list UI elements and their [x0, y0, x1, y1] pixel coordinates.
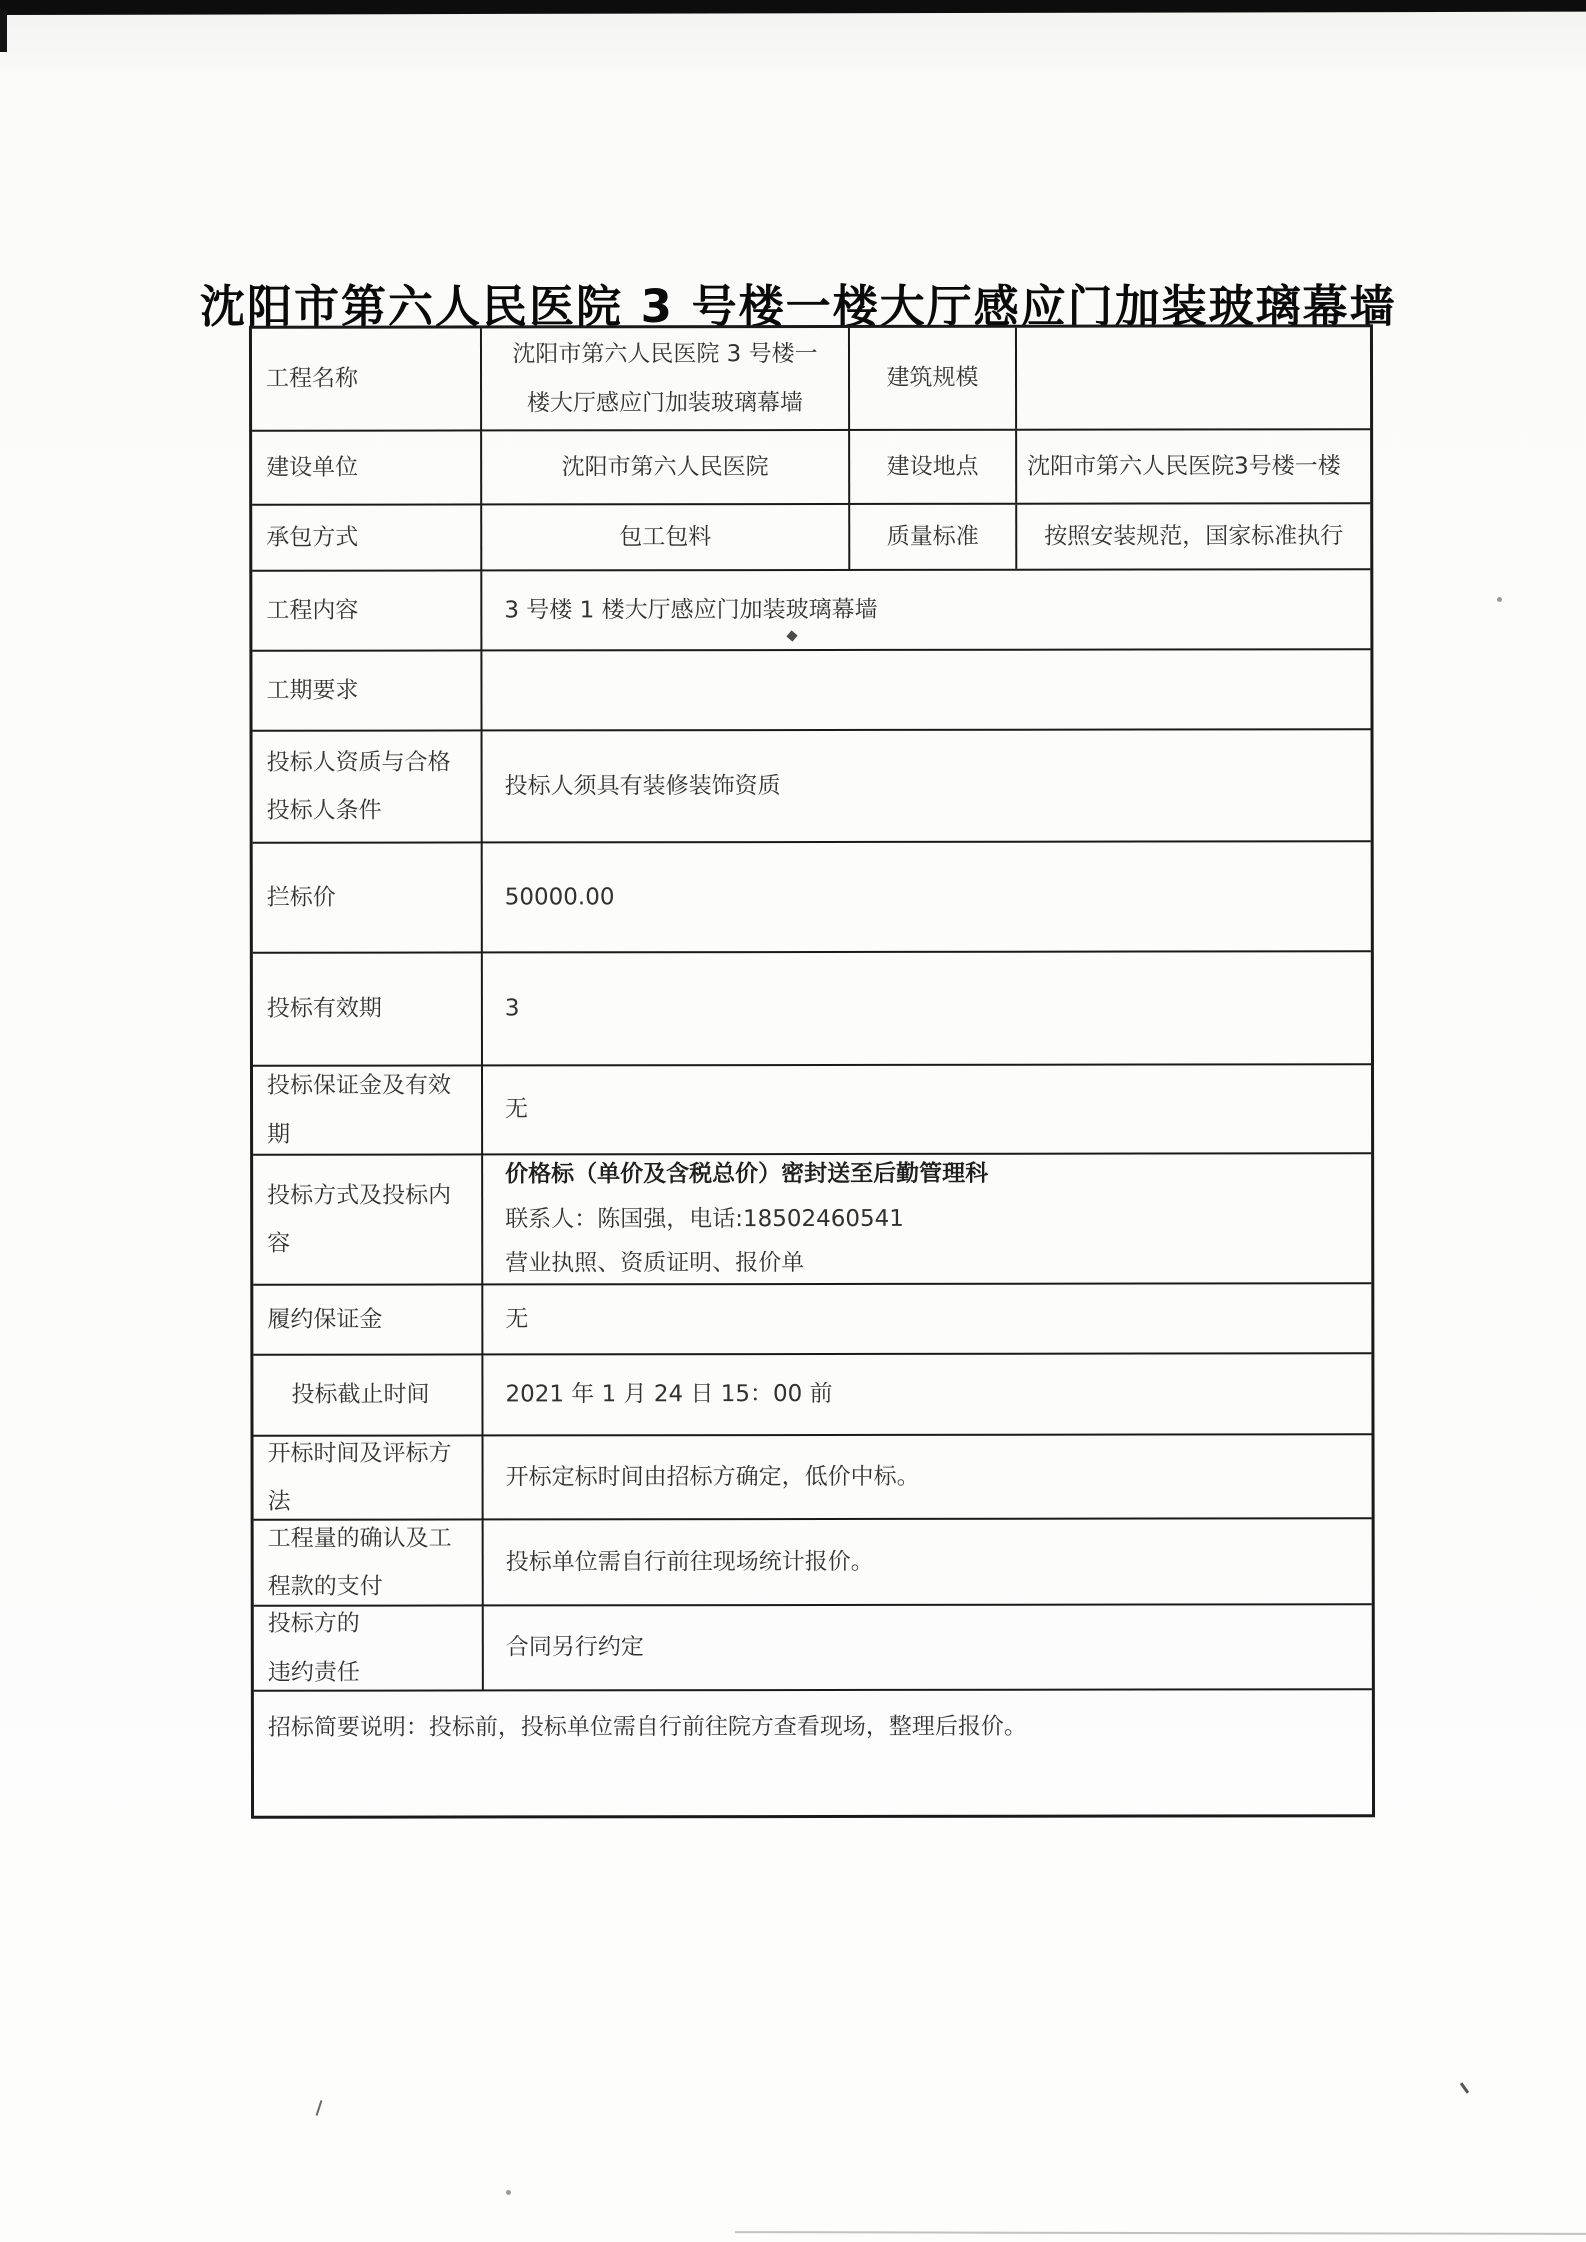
table-row: 投标截止时间 2021 年 1 月 24 日 15：00 前 — [253, 1354, 1371, 1437]
breach-liability-value: 合同另行约定 — [484, 1605, 1372, 1689]
quality-standard-value: 按照安装规范，国家标准执行 — [1017, 504, 1370, 568]
bid-method-label: 投标方式及投标内容 — [253, 1155, 483, 1283]
bid-method-line-3: 营业执照、资质证明、报价单 — [505, 1241, 804, 1286]
scanned-document-page: 沈阳市第六人民医院 3 号楼一楼大厅感应门加装玻璃幕墙 工程名称 沈阳市第六人民… — [0, 0, 1586, 2242]
project-content-label: 工程内容 — [252, 571, 482, 649]
table-row: 投标方的 违约责任 合同另行约定 — [254, 1605, 1372, 1692]
construction-unit-value: 沈阳市第六人民医院 — [482, 431, 850, 504]
bid-validity-value: 3 — [483, 952, 1371, 1064]
bid-method-value: 价格标（单价及含税总价）密封送至后勤管理科 联系人：陈国强，电话:1850246… — [483, 1154, 1371, 1283]
table-row: 工期要求 — [252, 650, 1370, 732]
table-row: 工程名称 沈阳市第六人民医院 3 号楼一 楼大厅感应门加装玻璃幕墙 建筑规模 — [252, 327, 1370, 432]
bid-method-line-2: 联系人：陈国强，电话:18502460541 — [505, 1196, 904, 1241]
quality-standard-label: 质量标准 — [850, 505, 1017, 569]
table-row: 开标时间及评标方法 开标定标时间由招标方确定，低价中标。 — [254, 1435, 1372, 1521]
table-row: 招标简要说明：投标前，投标单位需自行前往院方查看现场，整理后报价。 — [254, 1690, 1372, 1816]
scan-speck — [506, 2190, 511, 2195]
performance-bond-label: 履约保证金 — [253, 1285, 483, 1353]
bid-deposit-value: 无 — [483, 1065, 1371, 1153]
bid-deadline-label: 投标截止时间 — [253, 1355, 483, 1434]
project-content-value: 3 号楼 1 楼大厅感应门加装玻璃幕墙 — [482, 570, 1370, 649]
bidder-qualification-label: 投标人资质与合格投标人条件 — [253, 731, 483, 841]
construction-unit-label: 建设单位 — [252, 431, 482, 503]
table-row: 投标人资质与合格投标人条件 投标人须具有装修装饰资质 — [253, 730, 1371, 844]
scan-edge-artifact-top — [0, 0, 1586, 15]
table-row: 履约保证金 无 — [253, 1284, 1371, 1356]
construction-site-label: 建设地点 — [850, 431, 1017, 503]
bid-opening-label: 开标时间及评标方法 — [254, 1436, 484, 1518]
performance-bond-value: 无 — [483, 1284, 1371, 1353]
table-row: 拦标价 50000.00 — [253, 842, 1371, 954]
contracting-method-label: 承包方式 — [252, 505, 482, 569]
price-ceiling-label: 拦标价 — [253, 843, 483, 951]
table-row: 建设单位 沈阳市第六人民医院 建设地点 沈阳市第六人民医院3号楼一楼 — [252, 430, 1370, 506]
scan-speck — [1497, 597, 1502, 602]
scan-edge-artifact-bottom — [735, 2231, 1586, 2235]
scan-edge-artifact-left — [0, 10, 7, 52]
bid-validity-label: 投标有效期 — [253, 953, 483, 1064]
bid-deadline-value: 2021 年 1 月 24 日 15：00 前 — [483, 1354, 1371, 1434]
tender-brief-note: 招标简要说明：投标前，投标单位需自行前往院方查看现场，整理后报价。 — [254, 1690, 1372, 1816]
bidder-qualification-value: 投标人须具有装修装饰资质 — [483, 730, 1371, 841]
quantity-confirmation-value: 投标单位需自行前往现场统计报价。 — [484, 1519, 1372, 1604]
construction-site-value: 沈阳市第六人民医院3号楼一楼 — [1017, 430, 1370, 502]
schedule-requirement-label: 工期要求 — [252, 651, 482, 729]
table-row: 承包方式 包工包料 质量标准 按照安装规范，国家标准执行 — [252, 504, 1370, 572]
building-scale-label: 建筑规模 — [850, 328, 1017, 429]
table-row: 工程量的确认及工程款的支付 投标单位需自行前往现场统计报价。 — [254, 1519, 1372, 1607]
tender-info-table: 工程名称 沈阳市第六人民医院 3 号楼一 楼大厅感应门加装玻璃幕墙 建筑规模 建… — [249, 324, 1375, 1819]
building-scale-value — [1017, 327, 1370, 428]
price-ceiling-value: 50000.00 — [483, 842, 1371, 951]
quantity-confirmation-label: 工程量的确认及工程款的支付 — [254, 1520, 484, 1604]
schedule-requirement-value — [482, 650, 1370, 729]
contracting-method-value: 包工包料 — [482, 505, 850, 570]
project-name-value: 沈阳市第六人民医院 3 号楼一 楼大厅感应门加装玻璃幕墙 — [482, 328, 850, 430]
bid-method-line-1: 价格标（单价及含税总价）密封送至后勤管理科 — [505, 1151, 988, 1197]
breach-liability-label: 投标方的 违约责任 — [254, 1606, 484, 1689]
table-row: 投标方式及投标内容 价格标（单价及含税总价）密封送至后勤管理科 联系人：陈国强，… — [253, 1154, 1371, 1286]
project-name-label: 工程名称 — [252, 328, 482, 429]
scan-speck — [316, 2100, 323, 2116]
scan-speck — [1460, 2082, 1469, 2094]
bid-opening-value: 开标定标时间由招标方确定，低价中标。 — [484, 1435, 1372, 1518]
bid-deposit-label: 投标保证金及有效期 — [253, 1066, 483, 1153]
table-row: 投标有效期 3 — [253, 952, 1371, 1067]
table-row: 工程内容 3 号楼 1 楼大厅感应门加装玻璃幕墙 — [252, 570, 1370, 652]
table-row: 投标保证金及有效期 无 — [253, 1065, 1371, 1156]
